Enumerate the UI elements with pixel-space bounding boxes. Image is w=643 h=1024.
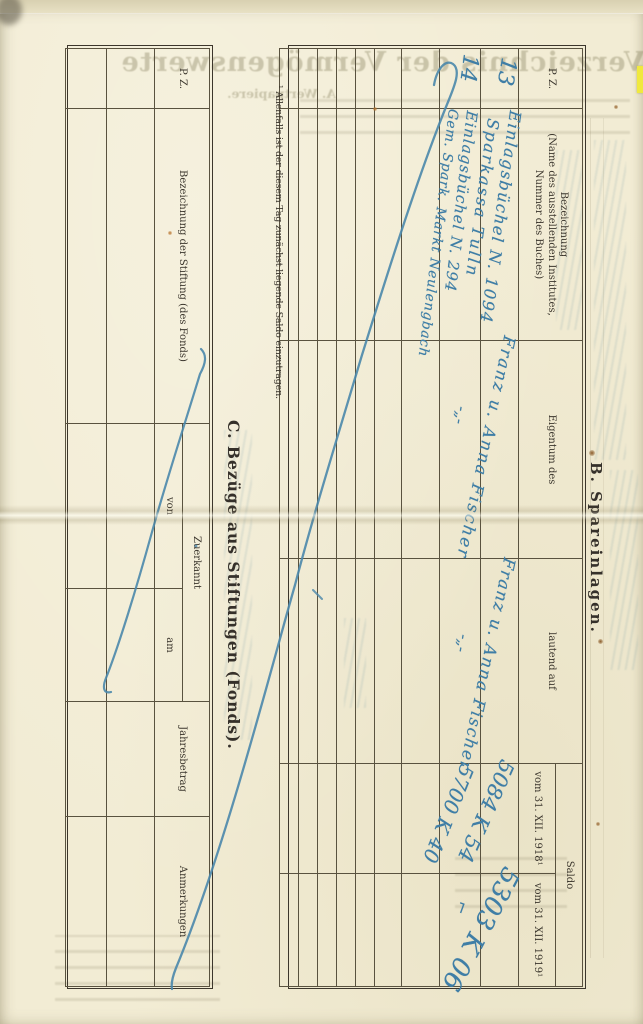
yellow-tab-sticker [637,66,643,93]
fox-spot [596,822,600,826]
scanned-ledger-page: Verzeichnis der Vermögenswerte A. Wertpa… [0,0,643,1024]
ink-speck [195,545,198,548]
fox-spot [589,450,595,456]
fox-spot [614,105,618,109]
paper-top-edge [0,0,643,14]
fold-crease [0,505,643,525]
fox-spot [168,231,172,235]
long-cancel-stroke [172,63,457,989]
ink-speck [313,590,322,599]
fox-spot [373,107,377,111]
fox-spot [598,639,603,644]
